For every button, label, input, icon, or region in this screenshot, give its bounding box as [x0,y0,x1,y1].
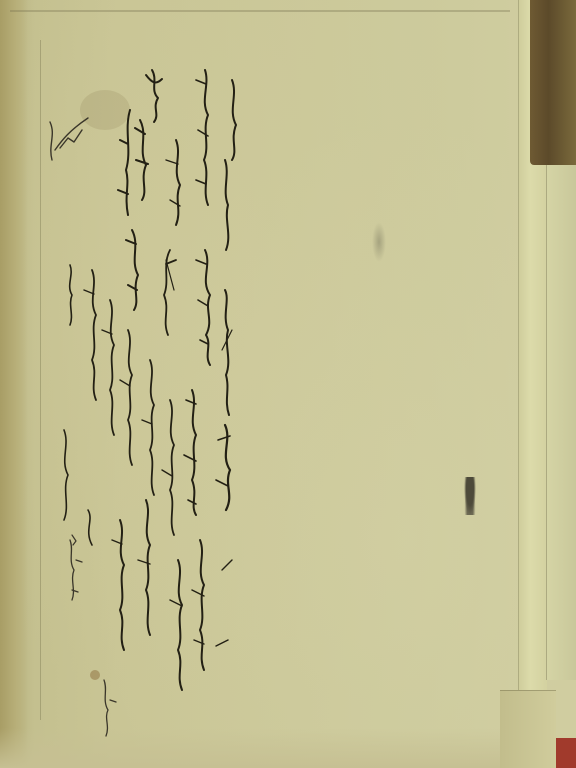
date-annotation [70,535,116,736]
script-column [118,70,176,335]
script-column [64,430,232,690]
manuscript-page [0,0,576,768]
script-column [196,70,228,250]
script-column [166,80,236,225]
handwritten-script [0,0,576,768]
margin-note [50,118,88,160]
script-column [184,250,232,515]
script-column [70,265,174,535]
